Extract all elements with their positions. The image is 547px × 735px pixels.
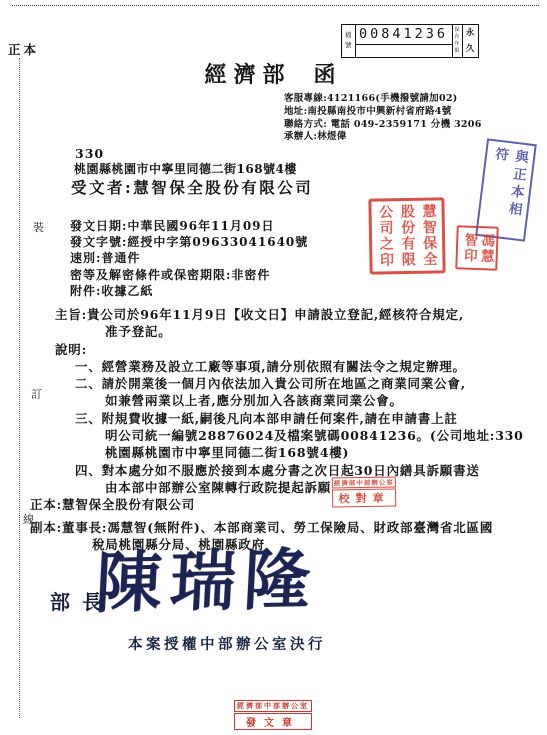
office-stamp-line1: 經濟部中部辦公室 — [332, 476, 396, 488]
agency-name: 經濟部 — [204, 62, 291, 88]
top-dotted-rule — [12, 5, 539, 6]
explanation-item-2: 二、請於開業後一個月內依法加入貴公司所在地區之商業同業公會, — [30, 375, 538, 392]
explanation-item-4: 四、對本處分如不服應於接到本處分書之次日起30日內繕具訴願書送 — [30, 462, 538, 479]
contact-officer: 承辦人:林煜偉 — [284, 131, 482, 144]
document-type: 函 — [314, 62, 343, 88]
security-classification: 密等及解密條件或保密期限:非密件 — [70, 267, 308, 283]
bottom-stamp-line2: 發文章 — [234, 713, 312, 730]
file-number-blank-row — [356, 45, 452, 57]
explanation-item-2-wrap: 如兼營兩業以上者,應分別加入各該商業同業公會。 — [30, 392, 538, 409]
subject-line: 主旨:貴公司於96年11月9日【收文日】申請設立登記,經核符合規定, — [30, 306, 538, 323]
delivery-speed: 速別:普通件 — [70, 250, 308, 266]
recipient-postal-code: 330 — [75, 146, 104, 161]
subject-line-wrap: 准予登記。 — [30, 323, 538, 340]
explanation-item-3-wrap2: 桃園縣桃園市中寧里同德二街168號4樓) — [30, 444, 538, 461]
file-number-value: 00841236 — [356, 25, 452, 45]
letter-body: 主旨:貴公司於96年11月9日【收文日】申請設立登記,經核符合規定, 准予登記。… — [30, 306, 538, 553]
copy-type-label: 正本 — [8, 40, 39, 58]
contact-address: 地址:南投縣南投市中興新村省府路4號 — [284, 106, 482, 119]
attachment-note: 附件:收據乙紙 — [70, 283, 308, 299]
explanation-label: 說明: — [30, 341, 538, 358]
official-letter-page: 正本 裝 訂 線 檔號 00841236 保存年限 永久 經濟部函 客服專線:4… — [0, 0, 547, 735]
delegation-note: 本案授權中部辦公室決行 — [128, 633, 326, 654]
retention-value: 永久 — [463, 25, 478, 57]
archive-number-box: 檔號 00841236 保存年限 永久 — [341, 24, 479, 58]
recipient-name-line: 受文者:慧智保全股份有限公司 — [71, 176, 313, 198]
document-title: 經濟部函 — [0, 58, 547, 89]
original-copy-line: 正本:慧智保全股份有限公司 — [30, 496, 538, 513]
file-number-label: 檔號 — [342, 25, 356, 57]
explanation-item-4-wrap: 由本部中部辦公室陳轉行政院提起訴願 — [30, 479, 538, 496]
office-proofread-stamp: 經濟部中部辦公室 校對章 — [332, 476, 397, 507]
minister-signature: 陳瑞隆 — [94, 546, 320, 616]
contact-info-block: 客服專線:4121166(手機撥號請加02) 地址:南投縣南投市中興新村省府路4… — [284, 93, 482, 144]
binding-mark-zhuang: 裝 — [33, 218, 44, 236]
company-seal-stamp: 慧智保全股份有限公司之印 — [368, 197, 445, 274]
dispatch-number: 發文字號:經授中字第09633041640號 — [70, 234, 308, 250]
bottom-dispatch-stamp: 經濟部中部辦公室 發文章 — [234, 700, 312, 730]
binding-dotted-line — [19, 58, 20, 718]
personal-seal-stamp: 馮慧智印 — [455, 225, 499, 270]
contact-phone: 聯絡方式: 電話 049-2359171 分機 3206 — [284, 119, 482, 132]
carbon-copy-line: 副本:董事長:馮慧智(無附件)、本部商業司、勞工保險局、財政部臺灣省北區國 — [30, 519, 538, 536]
explanation-item-3-wrap1: 明公司統一編號28876024及檔案號碼00841236。(公司地址:330 — [30, 427, 538, 444]
dispatch-date: 發文日期:中華民國96年11月09日 — [70, 218, 308, 234]
recipient-address: 桃園縣桃園市中寧里同德二街168號4樓 — [74, 160, 297, 177]
file-number-cell: 00841236 — [356, 25, 453, 57]
office-stamp-line2: 校對章 — [332, 488, 396, 507]
explanation-item-3: 三、附規費收據一紙,嗣後凡向本部申請任何案件,請在申請書上註 — [30, 410, 538, 427]
dispatch-meta-block: 發文日期:中華民國96年11月09日 發文字號:經授中字第09633041640… — [70, 218, 308, 299]
bottom-stamp-line1: 經濟部中部辦公室 — [234, 700, 312, 712]
contact-hotline: 客服專線:4121166(手機撥號請加02) — [284, 93, 482, 106]
explanation-item-1: 一、經營業務及設立工廠等事項,請分別依照有關法令之規定辦理。 — [30, 358, 538, 375]
retention-label: 保存年限 — [453, 25, 463, 57]
